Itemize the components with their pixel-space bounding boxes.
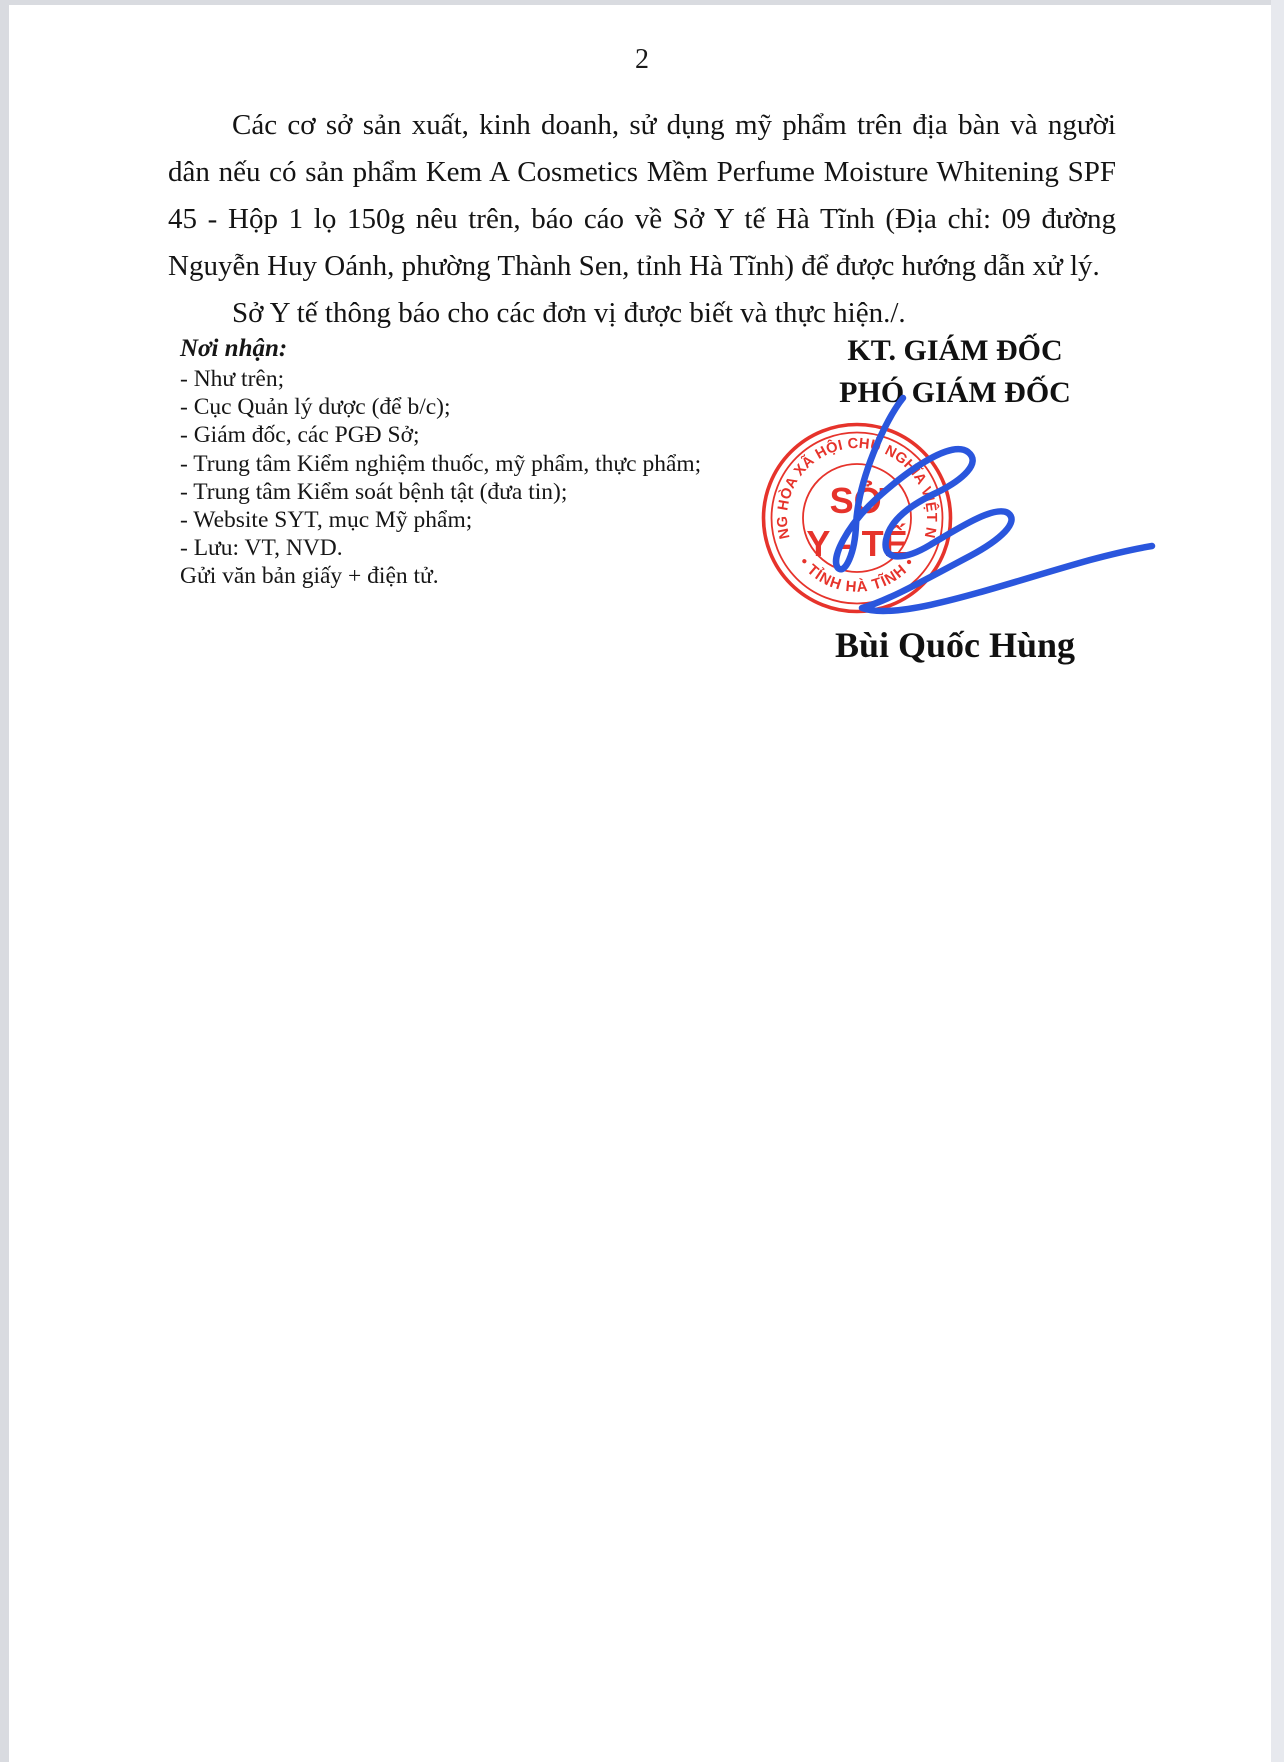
recipient-item: - Giám đốc, các PGĐ Sở; [180,421,740,449]
recipient-item: - Trung tâm Kiểm nghiệm thuốc, mỹ phẩm, … [180,450,740,478]
recipient-item: - Website SYT, mục Mỹ phẩm; [180,506,740,534]
page-number: 2 [0,44,1284,76]
recipient-item: - Như trên; [180,365,740,393]
recipients-note: Gửi văn bản giấy + điện tử. [180,562,740,590]
scan-edge-top [0,0,1284,5]
recipient-item: - Trung tâm Kiểm soát bệnh tật (đưa tin)… [180,478,740,506]
signer-name: Bùi Quốc Hùng [700,624,1210,666]
recipient-item: - Lưu: VT, NVD. [180,534,740,562]
recipients-heading: Nơi nhận: [180,333,740,365]
document-page: 2 Các cơ sở sản xuất, kinh doanh, sử dụn… [0,0,1284,1762]
handwritten-signature [820,380,1170,630]
signature-title-line1: KT. GIÁM ĐỐC [700,330,1210,372]
scan-edge-right [1271,0,1284,1762]
body-text: Các cơ sở sản xuất, kinh doanh, sử dụng … [168,102,1116,337]
signature-stroke [836,398,1152,611]
body-paragraph-1: Các cơ sở sản xuất, kinh doanh, sử dụng … [168,102,1116,290]
scan-edge-left [0,0,9,1762]
recipient-item: - Cục Quản lý dược (để b/c); [180,393,740,421]
recipients-block: Nơi nhận: - Như trên; - Cục Quản lý dược… [180,333,740,591]
